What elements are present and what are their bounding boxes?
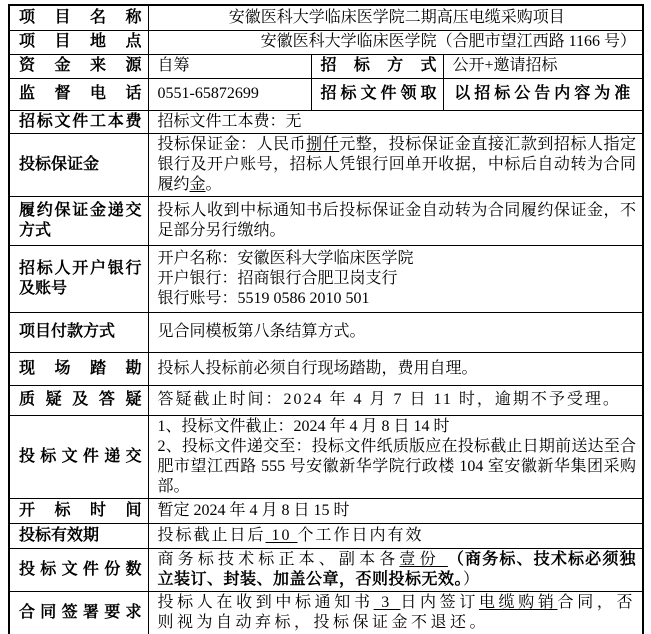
text-segment: 银行账号：5519 0586 2010 501 <box>158 290 370 307</box>
value-cell: 投标截止日后 10 个工作日内有效 <box>148 523 643 548</box>
table-row: 现场踏勘投标人投标前必须自行现场踏勘，费用自理。 <box>9 352 643 385</box>
text-segment: 1、投标文件截止：2024 年 4 月 8 日 14 时 <box>158 418 450 435</box>
text-segment: 壹份 <box>399 551 447 568</box>
row-label: 监督电话 <box>9 78 148 110</box>
text-segment: 日内签订 <box>400 594 479 611</box>
text-segment: 公开+邀请招标 <box>453 57 558 74</box>
sub-label-cell: 招标方式 <box>311 54 443 78</box>
value-cell: 投标保证金：人民币捌仟元整，投标保证金直接汇款到招标人指定银行及开户账号，招标人… <box>148 133 643 196</box>
row-label: 项目付款方式 <box>9 312 148 352</box>
table-row: 项目付款方式见合同模板第八条结算方式。 <box>9 312 643 352</box>
text-segment: 开户名称：安徽医科大学临床医学院 <box>158 250 414 267</box>
table-row: 合同签署要求投标人在收到中标通知书 3 日内签订电缆购销合同，否则视为自动弃标，… <box>9 591 643 634</box>
value-cell: 见合同模板第八条结算方式。 <box>148 312 643 352</box>
table-row: 项目地点安徽医科大学临床医学院（合肥市望江西路 1166 号） <box>9 30 643 54</box>
text-segment: 投标人收到中标通知书后投标保证金自动转为合同履约保证金，不足部分另行缴纳。 <box>158 202 637 239</box>
text-segment: 见合同模板第八条结算方式。 <box>158 323 366 340</box>
text-segment: 自筹 <box>158 57 190 74</box>
value-cell: 开户名称：安徽医科大学临床医学院开户银行：招商银行合肥卫岗支行银行账号：5519… <box>148 245 643 312</box>
text-segment: 0551-65872699 <box>158 85 259 102</box>
text-segment: 电缆购销 <box>479 594 558 611</box>
text-segment: 10 <box>266 527 298 544</box>
text-segment: 答疑截止时间：2024 年 4 月 7 日 11 时，逾期不予受理。 <box>158 391 621 408</box>
text-segment: 招标文件领取 <box>321 85 437 102</box>
row-label: 投标文件份数 <box>9 548 148 591</box>
table-row: 投标文件递交1、投标文件截止：2024 年 4 月 8 日 14 时2、投标文件… <box>9 415 643 498</box>
document-page: 项目名称安徽医科大学临床医学院二期高压电缆采购项目项目地点安徽医科大学临床医学院… <box>0 0 651 634</box>
text-segment: 暂定 2024 年 4 月 8 日 15 时 <box>158 502 350 519</box>
text-segment: 投标人在收到中标通知书 <box>158 594 374 611</box>
row-label: 投标有效期 <box>9 523 148 548</box>
table-row: 开标时间暂定 2024 年 4 月 8 日 15 时 <box>9 498 643 523</box>
text-segment: 投标截止日后 <box>158 527 266 544</box>
project-info-table: 项目名称安徽医科大学临床医学院二期高压电缆采购项目项目地点安徽医科大学临床医学院… <box>8 4 644 634</box>
value-cell: 招标文件工本费：无 <box>148 110 643 133</box>
text-segment: 招标方式 <box>321 57 437 74</box>
value-cell: 答疑截止时间：2024 年 4 月 7 日 11 时，逾期不予受理。 <box>148 385 643 415</box>
text-segment: 个工作日内有效 <box>298 527 424 544</box>
text-segment: 捌仟 <box>306 136 339 153</box>
row-label: 质疑及答疑 <box>9 385 148 415</box>
row-label: 项目名称 <box>9 5 148 30</box>
text-segment: 以招标公告内容为准 <box>454 85 634 102</box>
table-row: 履约保证金递交方式投标人收到中标通知书后投标保证金自动转为合同履约保证金，不足部… <box>9 196 643 245</box>
text-segment: 2、投标文件递交至：投标文件纸质版应在投标截止日期前送达至合肥市望江西路 555… <box>158 438 637 495</box>
value-cell: 1、投标文件截止：2024 年 4 月 8 日 14 时2、投标文件递交至：投标… <box>148 415 643 498</box>
value-cell: 安徽医科大学临床医学院二期高压电缆采购项目 <box>148 5 643 30</box>
row-label: 开标时间 <box>9 498 148 523</box>
text-segment: 。 <box>206 176 222 193</box>
row-label: 履约保证金递交方式 <box>9 196 148 245</box>
text-segment: 投标人投标前必须自行现场踏勘，费用自理。 <box>158 360 478 377</box>
row-label: 资金来源 <box>9 54 148 78</box>
text-segment: ） <box>463 571 483 588</box>
table-row: 招标文件工本费招标文件工本费：无 <box>9 110 643 133</box>
text-segment: 招标文件工本费：无 <box>158 113 302 130</box>
row-label: 招标人开户银行及账号 <box>9 245 148 312</box>
row-label: 项目地点 <box>9 30 148 54</box>
text-segment: 投标保证金：人民币 <box>158 136 307 153</box>
table-row: 项目名称安徽医科大学临床医学院二期高压电缆采购项目 <box>9 5 643 30</box>
value-cell: 以招标公告内容为准 <box>443 78 643 110</box>
value-cell: 0551-65872699 <box>148 78 311 110</box>
table-row: 质疑及答疑答疑截止时间：2024 年 4 月 7 日 11 时，逾期不予受理。 <box>9 385 643 415</box>
table-row: 投标有效期投标截止日后 10 个工作日内有效 <box>9 523 643 548</box>
text-segment: 安徽医科大学临床医学院二期高压电缆采购项目 <box>229 9 565 26</box>
value-cell: 安徽医科大学临床医学院（合肥市望江西路 1166 号） <box>148 30 643 54</box>
sub-label-cell: 招标文件领取 <box>311 78 443 110</box>
table-row: 投标保证金投标保证金：人民币捌仟元整，投标保证金直接汇款到招标人指定银行及开户账… <box>9 133 643 196</box>
row-label: 投标保证金 <box>9 133 148 196</box>
table-row: 投标文件份数商务标技术标正本、副本各壹份 （商务标、技术标必须独立装订、封装、加… <box>9 548 643 591</box>
text-segment: 安徽医科大学临床医学院（合肥市望江西路 1166 号） <box>261 33 636 50</box>
value-cell: 公开+邀请招标 <box>443 54 643 78</box>
info-table-body: 项目名称安徽医科大学临床医学院二期高压电缆采购项目项目地点安徽医科大学临床医学院… <box>9 5 643 634</box>
value-cell: 投标人收到中标通知书后投标保证金自动转为合同履约保证金，不足部分另行缴纳。 <box>148 196 643 245</box>
value-cell: 自筹 <box>148 54 311 78</box>
value-cell: 投标人投标前必须自行现场踏勘，费用自理。 <box>148 352 643 385</box>
row-label: 投标文件递交 <box>9 415 148 498</box>
row-label: 招标文件工本费 <box>9 110 148 133</box>
value-cell: 投标人在收到中标通知书 3 日内签订电缆购销合同，否则视为自动弃标，投标保证金不… <box>148 591 643 634</box>
text-segment: 开户银行：招商银行合肥卫岗支行 <box>158 270 398 287</box>
table-row: 招标人开户银行及账号开户名称：安徽医科大学临床医学院开户银行：招商银行合肥卫岗支… <box>9 245 643 312</box>
text-segment: 3 <box>374 594 401 611</box>
value-cell: 商务标技术标正本、副本各壹份 （商务标、技术标必须独立装订、封装、加盖公章，否则… <box>148 548 643 591</box>
table-row: 监督电话0551-65872699招标文件领取以招标公告内容为准 <box>9 78 643 110</box>
text-segment: 金 <box>190 176 206 193</box>
row-label: 现场踏勘 <box>9 352 148 385</box>
value-cell: 暂定 2024 年 4 月 8 日 15 时 <box>148 498 643 523</box>
row-label: 合同签署要求 <box>9 591 148 634</box>
table-row: 资金来源自筹招标方式公开+邀请招标 <box>9 54 643 78</box>
text-segment: 商务标技术标正本、副本各 <box>158 551 400 568</box>
